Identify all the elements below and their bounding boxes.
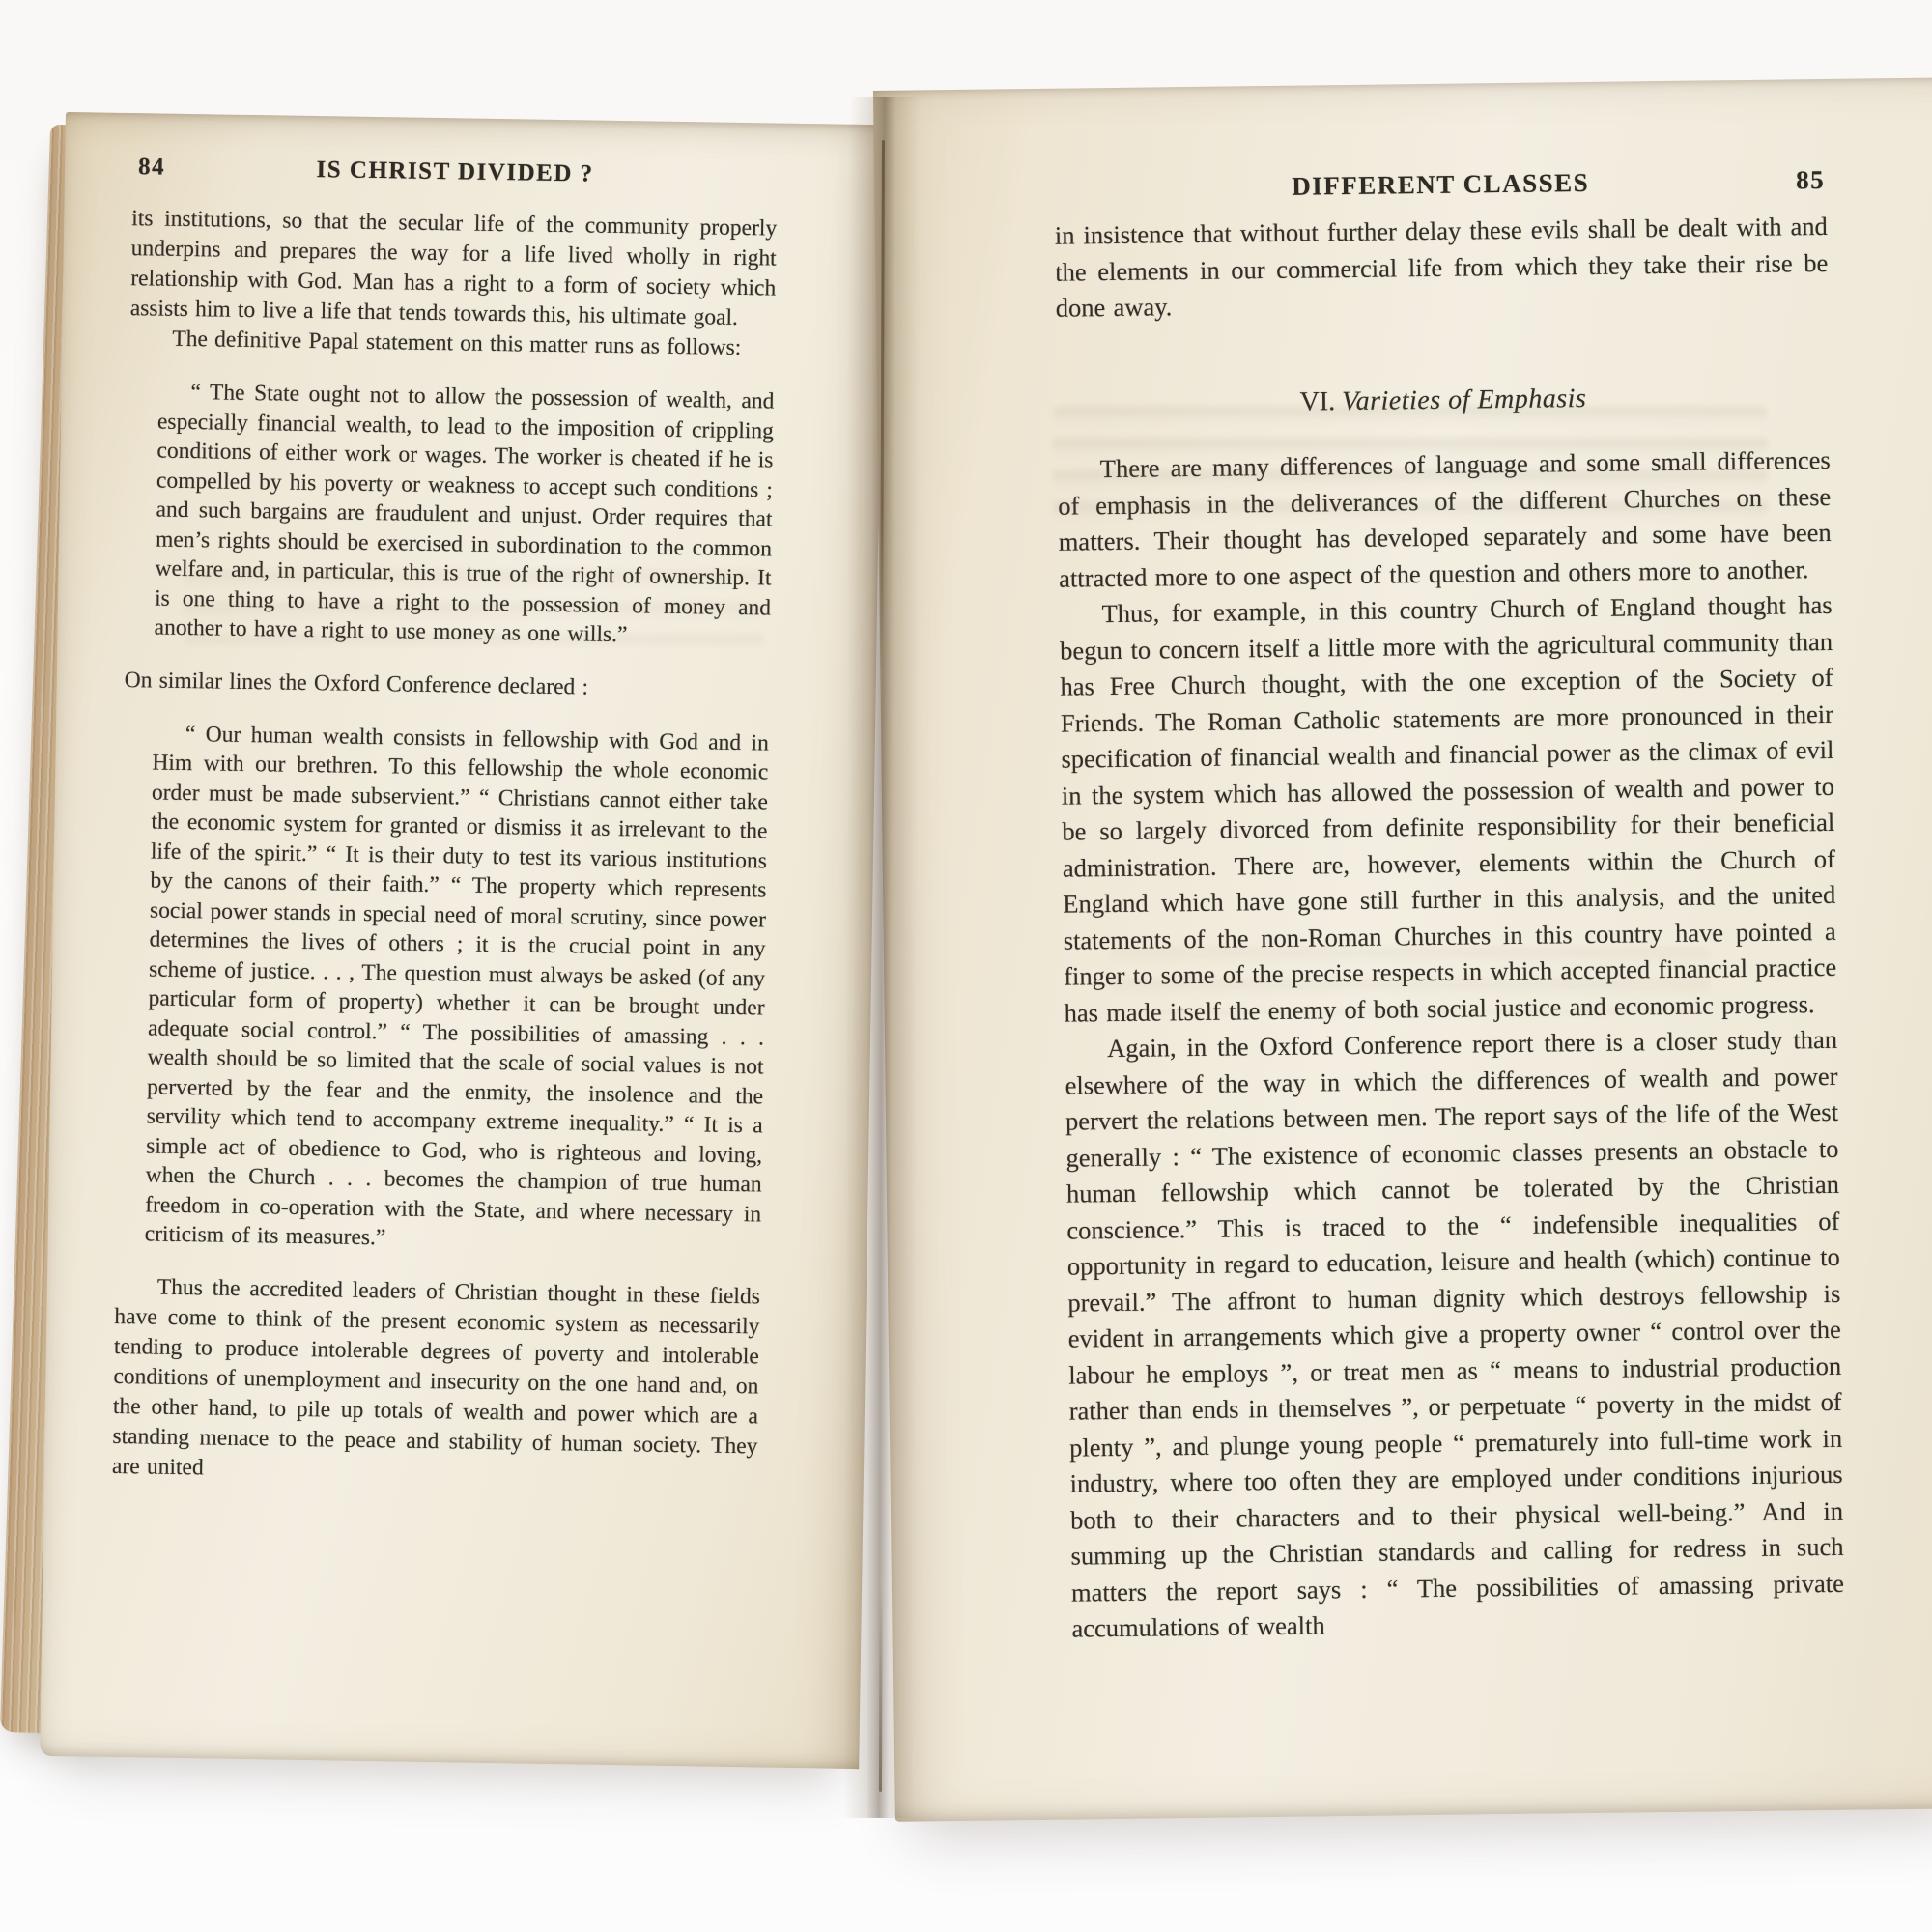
paragraph-oxford-report: Again, in the Oxford Conference report t…	[1065, 1022, 1845, 1647]
left-running-head: 84 IS CHRIST DIVIDED ?	[132, 152, 778, 194]
book-spine-crease	[843, 97, 921, 1818]
book-photo: 84 IS CHRIST DIVIDED ? its institutions,…	[0, 0, 1932, 1932]
right-page: DIFFERENT CLASSES 85 in insistence that …	[873, 77, 1932, 1822]
left-page-text-block: 84 IS CHRIST DIVIDED ? its institutions,…	[112, 152, 779, 1492]
paragraph-continuation: its institutions, so that the secular li…	[130, 204, 778, 333]
right-page-text-block: DIFFERENT CLASSES 85 in insistence that …	[1054, 162, 1845, 1647]
section-heading: VI. Varieties of Emphasis	[1057, 377, 1830, 422]
left-running-title: IS CHRIST DIVIDED ?	[132, 152, 778, 191]
open-book: 84 IS CHRIST DIVIDED ? its institutions,…	[0, 0, 1932, 1932]
right-running-head: DIFFERENT CLASSES 85	[1054, 162, 1827, 205]
paragraph-differences: There are many differences of language a…	[1058, 442, 1833, 597]
left-page: 84 IS CHRIST DIVIDED ? its institutions,…	[40, 112, 885, 1769]
paragraph-oxford-intro: On similar lines the Oxford Conference d…	[125, 666, 770, 705]
oxford-conference-quote: “ Our human wealth consists in fellowshi…	[145, 719, 770, 1259]
paragraph-continuation: in insistence that without further delay…	[1055, 209, 1829, 327]
paragraph-conclusion: Thus the accredited leaders of Christian…	[112, 1271, 760, 1491]
section-number: VI.	[1299, 386, 1335, 416]
papal-statement-quote: “ The State ought not to allow the posse…	[154, 378, 774, 652]
paragraph-thus-example: Thus, for example, in this country Churc…	[1059, 587, 1836, 1032]
right-page-number: 85	[1796, 162, 1825, 199]
right-running-title: DIFFERENT CLASSES	[1054, 162, 1827, 208]
section-title: Varieties of Emphasis	[1342, 384, 1587, 416]
